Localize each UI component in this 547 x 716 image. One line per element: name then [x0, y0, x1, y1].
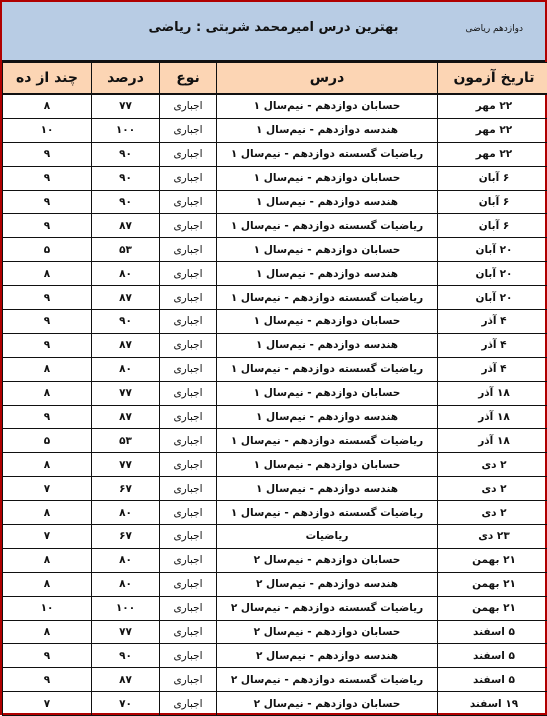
- table-row: ۵ اسفندریاضیات گسسته دوازدهم - نیم‌سال ۲…: [3, 668, 547, 692]
- exam-date-cell: ۲۰ آبان: [438, 286, 547, 310]
- table-row: ۶ آبانریاضیات گسسته دوازدهم - نیم‌سال ۱ا…: [3, 214, 547, 238]
- score-cell: ۸: [3, 572, 92, 596]
- course-cell: ریاضیات گسسته دوازدهم - نیم‌سال ۱: [217, 142, 438, 166]
- type-cell: اجباری: [160, 214, 217, 238]
- percent-cell: ۷۷: [92, 94, 160, 118]
- exam-date-cell: ۱۸ آذر: [438, 381, 547, 405]
- table-row: ۱۸ آذرریاضیات گسسته دوازدهم - نیم‌سال ۱ا…: [3, 429, 547, 453]
- exam-results-table: تاریخ آزمون درس نوع درصد چند از ده ۲۲ مه…: [2, 62, 547, 715]
- type-cell: اجباری: [160, 572, 217, 596]
- type-cell: اجباری: [160, 692, 217, 715]
- course-cell: هندسه دوازدهم - نیم‌سال ۱: [217, 477, 438, 501]
- table-row: ۲۱ بهمنهندسه دوازدهم - نیم‌سال ۲اجباری۸۰…: [3, 572, 547, 596]
- type-cell: اجباری: [160, 310, 217, 334]
- percent-cell: ۱۰۰: [92, 118, 160, 142]
- score-cell: ۸: [3, 381, 92, 405]
- score-cell: ۹: [3, 142, 92, 166]
- exam-date-cell: ۲۳ دی: [438, 525, 547, 549]
- percent-cell: ۵۳: [92, 429, 160, 453]
- type-cell: اجباری: [160, 166, 217, 190]
- type-cell: اجباری: [160, 333, 217, 357]
- percent-cell: ۸۷: [92, 333, 160, 357]
- table-row: ۴ آذرهندسه دوازدهم - نیم‌سال ۱اجباری۸۷۹: [3, 333, 547, 357]
- table-row: ۱۸ آذرحسابان دوازدهم - نیم‌سال ۱اجباری۷۷…: [3, 381, 547, 405]
- percent-cell: ۹۰: [92, 166, 160, 190]
- course-cell: حسابان دوازدهم - نیم‌سال ۲: [217, 548, 438, 572]
- type-cell: اجباری: [160, 453, 217, 477]
- title-banner: بهترین درس امیرمحمد شربتی : ریاضی دوازده…: [2, 2, 545, 62]
- exam-date-cell: ۲۰ آبان: [438, 238, 547, 262]
- score-cell: ۹: [3, 166, 92, 190]
- percent-cell: ۸۰: [92, 262, 160, 286]
- header-type: نوع: [160, 63, 217, 95]
- exam-date-cell: ۲ دی: [438, 501, 547, 525]
- table-row: ۲ دیریاضیات گسسته دوازدهم - نیم‌سال ۱اجب…: [3, 501, 547, 525]
- score-cell: ۹: [3, 190, 92, 214]
- score-cell: ۸: [3, 357, 92, 381]
- table-row: ۲۳ دیریاضیاتاجباری۶۷۷: [3, 525, 547, 549]
- exam-date-cell: ۵ اسفند: [438, 620, 547, 644]
- course-cell: هندسه دوازدهم - نیم‌سال ۲: [217, 572, 438, 596]
- course-cell: ریاضیات گسسته دوازدهم - نیم‌سال ۲: [217, 668, 438, 692]
- type-cell: اجباری: [160, 525, 217, 549]
- percent-cell: ۹۰: [92, 310, 160, 334]
- course-cell: هندسه دوازدهم - نیم‌سال ۱: [217, 333, 438, 357]
- course-cell: حسابان دوازدهم - نیم‌سال ۱: [217, 381, 438, 405]
- type-cell: اجباری: [160, 668, 217, 692]
- report-title: بهترین درس امیرمحمد شربتی : ریاضی: [2, 20, 545, 35]
- score-cell: ۵: [3, 238, 92, 262]
- exam-date-cell: ۲۰ آبان: [438, 262, 547, 286]
- score-cell: ۹: [3, 310, 92, 334]
- table-row: ۲۲ مهرحسابان دوازدهم - نیم‌سال ۱اجباری۷۷…: [3, 94, 547, 118]
- course-cell: ریاضیات گسسته دوازدهم - نیم‌سال ۱: [217, 429, 438, 453]
- course-cell: هندسه دوازدهم - نیم‌سال ۱: [217, 118, 438, 142]
- course-cell: هندسه دوازدهم - نیم‌سال ۲: [217, 644, 438, 668]
- type-cell: اجباری: [160, 94, 217, 118]
- header-course: درس: [217, 63, 438, 95]
- type-cell: اجباری: [160, 644, 217, 668]
- exam-date-cell: ۲۲ مهر: [438, 142, 547, 166]
- exam-date-cell: ۱۸ آذر: [438, 405, 547, 429]
- course-cell: حسابان دوازدهم - نیم‌سال ۲: [217, 620, 438, 644]
- percent-cell: ۷۷: [92, 381, 160, 405]
- exam-date-cell: ۴ آذر: [438, 333, 547, 357]
- type-cell: اجباری: [160, 190, 217, 214]
- percent-cell: ۵۳: [92, 238, 160, 262]
- type-cell: اجباری: [160, 405, 217, 429]
- score-cell: ۷: [3, 477, 92, 501]
- table-row: ۲۰ آبانحسابان دوازدهم - نیم‌سال ۱اجباری۵…: [3, 238, 547, 262]
- exam-date-cell: ۱۸ آذر: [438, 429, 547, 453]
- percent-cell: ۶۷: [92, 477, 160, 501]
- table-row: ۲۱ بهمنحسابان دوازدهم - نیم‌سال ۲اجباری۸…: [3, 548, 547, 572]
- table-row: ۲۰ آبانریاضیات گسسته دوازدهم - نیم‌سال ۱…: [3, 286, 547, 310]
- course-cell: حسابان دوازدهم - نیم‌سال ۱: [217, 166, 438, 190]
- type-cell: اجباری: [160, 501, 217, 525]
- table-row: ۵ اسفندحسابان دوازدهم - نیم‌سال ۲اجباری۷…: [3, 620, 547, 644]
- exam-date-cell: ۴ آذر: [438, 357, 547, 381]
- table-row: ۲۲ مهرهندسه دوازدهم - نیم‌سال ۱اجباری۱۰۰…: [3, 118, 547, 142]
- score-cell: ۸: [3, 453, 92, 477]
- course-cell: ریاضیات گسسته دوازدهم - نیم‌سال ۲: [217, 596, 438, 620]
- score-cell: ۷: [3, 692, 92, 715]
- percent-cell: ۸۷: [92, 668, 160, 692]
- percent-cell: ۷۷: [92, 453, 160, 477]
- course-cell: حسابان دوازدهم - نیم‌سال ۲: [217, 692, 438, 715]
- score-cell: ۹: [3, 405, 92, 429]
- score-cell: ۸: [3, 620, 92, 644]
- exam-date-cell: ۵ اسفند: [438, 644, 547, 668]
- score-cell: ۱۰: [3, 118, 92, 142]
- score-cell: ۹: [3, 214, 92, 238]
- exam-date-cell: ۵ اسفند: [438, 668, 547, 692]
- percent-cell: ۸۷: [92, 286, 160, 310]
- percent-cell: ۸۰: [92, 501, 160, 525]
- percent-cell: ۸۰: [92, 548, 160, 572]
- table-header-row: تاریخ آزمون درس نوع درصد چند از ده: [3, 63, 547, 95]
- grade-label: دوازدهم ریاضی: [465, 24, 523, 34]
- table-body: ۲۲ مهرحسابان دوازدهم - نیم‌سال ۱اجباری۷۷…: [3, 94, 547, 715]
- exam-date-cell: ۶ آبان: [438, 166, 547, 190]
- type-cell: اجباری: [160, 238, 217, 262]
- exam-date-cell: ۴ آذر: [438, 310, 547, 334]
- table-row: ۱۹ اسفندحسابان دوازدهم - نیم‌سال ۲اجباری…: [3, 692, 547, 715]
- score-cell: ۹: [3, 333, 92, 357]
- score-cell: ۹: [3, 286, 92, 310]
- exam-date-cell: ۲ دی: [438, 453, 547, 477]
- type-cell: اجباری: [160, 596, 217, 620]
- type-cell: اجباری: [160, 548, 217, 572]
- percent-cell: ۶۷: [92, 525, 160, 549]
- type-cell: اجباری: [160, 262, 217, 286]
- exam-date-cell: ۶ آبان: [438, 190, 547, 214]
- header-percent: درصد: [92, 63, 160, 95]
- table-row: ۲۰ آبانهندسه دوازدهم - نیم‌سال ۱اجباری۸۰…: [3, 262, 547, 286]
- score-cell: ۸: [3, 262, 92, 286]
- course-cell: حسابان دوازدهم - نیم‌سال ۱: [217, 238, 438, 262]
- percent-cell: ۹۰: [92, 644, 160, 668]
- score-cell: ۹: [3, 668, 92, 692]
- percent-cell: ۸۰: [92, 357, 160, 381]
- exam-date-cell: ۲۲ مهر: [438, 94, 547, 118]
- percent-cell: ۹۰: [92, 142, 160, 166]
- type-cell: اجباری: [160, 118, 217, 142]
- percent-cell: ۸۷: [92, 214, 160, 238]
- table-row: ۵ اسفندهندسه دوازدهم - نیم‌سال ۲اجباری۹۰…: [3, 644, 547, 668]
- score-cell: ۵: [3, 429, 92, 453]
- course-cell: ریاضیات گسسته دوازدهم - نیم‌سال ۱: [217, 286, 438, 310]
- course-cell: هندسه دوازدهم - نیم‌سال ۱: [217, 262, 438, 286]
- exam-date-cell: ۲۱ بهمن: [438, 572, 547, 596]
- report-frame: بهترین درس امیرمحمد شربتی : ریاضی دوازده…: [0, 0, 547, 715]
- course-cell: ریاضیات گسسته دوازدهم - نیم‌سال ۱: [217, 214, 438, 238]
- table-row: ۲۲ مهرریاضیات گسسته دوازدهم - نیم‌سال ۱ا…: [3, 142, 547, 166]
- type-cell: اجباری: [160, 142, 217, 166]
- type-cell: اجباری: [160, 477, 217, 501]
- table-row: ۲ دیحسابان دوازدهم - نیم‌سال ۱اجباری۷۷۸: [3, 453, 547, 477]
- exam-date-cell: ۲۱ بهمن: [438, 596, 547, 620]
- table-row: ۱۸ آذرهندسه دوازدهم - نیم‌سال ۱اجباری۸۷۹: [3, 405, 547, 429]
- score-cell: ۱۰: [3, 596, 92, 620]
- percent-cell: ۷۷: [92, 620, 160, 644]
- type-cell: اجباری: [160, 357, 217, 381]
- header-exam-date: تاریخ آزمون: [438, 63, 547, 95]
- table-row: ۲۱ بهمنریاضیات گسسته دوازدهم - نیم‌سال ۲…: [3, 596, 547, 620]
- type-cell: اجباری: [160, 429, 217, 453]
- table-row: ۲ دیهندسه دوازدهم - نیم‌سال ۱اجباری۶۷۷: [3, 477, 547, 501]
- table-row: ۶ آبانهندسه دوازدهم - نیم‌سال ۱اجباری۹۰۹: [3, 190, 547, 214]
- course-cell: ریاضیات: [217, 525, 438, 549]
- score-cell: ۷: [3, 525, 92, 549]
- course-cell: ریاضیات گسسته دوازدهم - نیم‌سال ۱: [217, 501, 438, 525]
- exam-date-cell: ۱۹ اسفند: [438, 692, 547, 715]
- score-cell: ۸: [3, 94, 92, 118]
- course-cell: حسابان دوازدهم - نیم‌سال ۱: [217, 310, 438, 334]
- exam-date-cell: ۲۱ بهمن: [438, 548, 547, 572]
- percent-cell: ۸۷: [92, 405, 160, 429]
- table-row: ۴ آذرحسابان دوازدهم - نیم‌سال ۱اجباری۹۰۹: [3, 310, 547, 334]
- course-cell: هندسه دوازدهم - نیم‌سال ۱: [217, 190, 438, 214]
- course-cell: ریاضیات گسسته دوازدهم - نیم‌سال ۱: [217, 357, 438, 381]
- percent-cell: ۱۰۰: [92, 596, 160, 620]
- type-cell: اجباری: [160, 286, 217, 310]
- score-cell: ۸: [3, 501, 92, 525]
- header-score-out-of-ten: چند از ده: [3, 63, 92, 95]
- percent-cell: ۷۰: [92, 692, 160, 715]
- score-cell: ۹: [3, 644, 92, 668]
- exam-date-cell: ۲۲ مهر: [438, 118, 547, 142]
- exam-date-cell: ۲ دی: [438, 477, 547, 501]
- percent-cell: ۸۰: [92, 572, 160, 596]
- course-cell: حسابان دوازدهم - نیم‌سال ۱: [217, 94, 438, 118]
- type-cell: اجباری: [160, 620, 217, 644]
- exam-date-cell: ۶ آبان: [438, 214, 547, 238]
- score-cell: ۸: [3, 548, 92, 572]
- course-cell: حسابان دوازدهم - نیم‌سال ۱: [217, 453, 438, 477]
- percent-cell: ۹۰: [92, 190, 160, 214]
- table-row: ۶ آبانحسابان دوازدهم - نیم‌سال ۱اجباری۹۰…: [3, 166, 547, 190]
- course-cell: هندسه دوازدهم - نیم‌سال ۱: [217, 405, 438, 429]
- table-row: ۴ آذرریاضیات گسسته دوازدهم - نیم‌سال ۱اج…: [3, 357, 547, 381]
- type-cell: اجباری: [160, 381, 217, 405]
